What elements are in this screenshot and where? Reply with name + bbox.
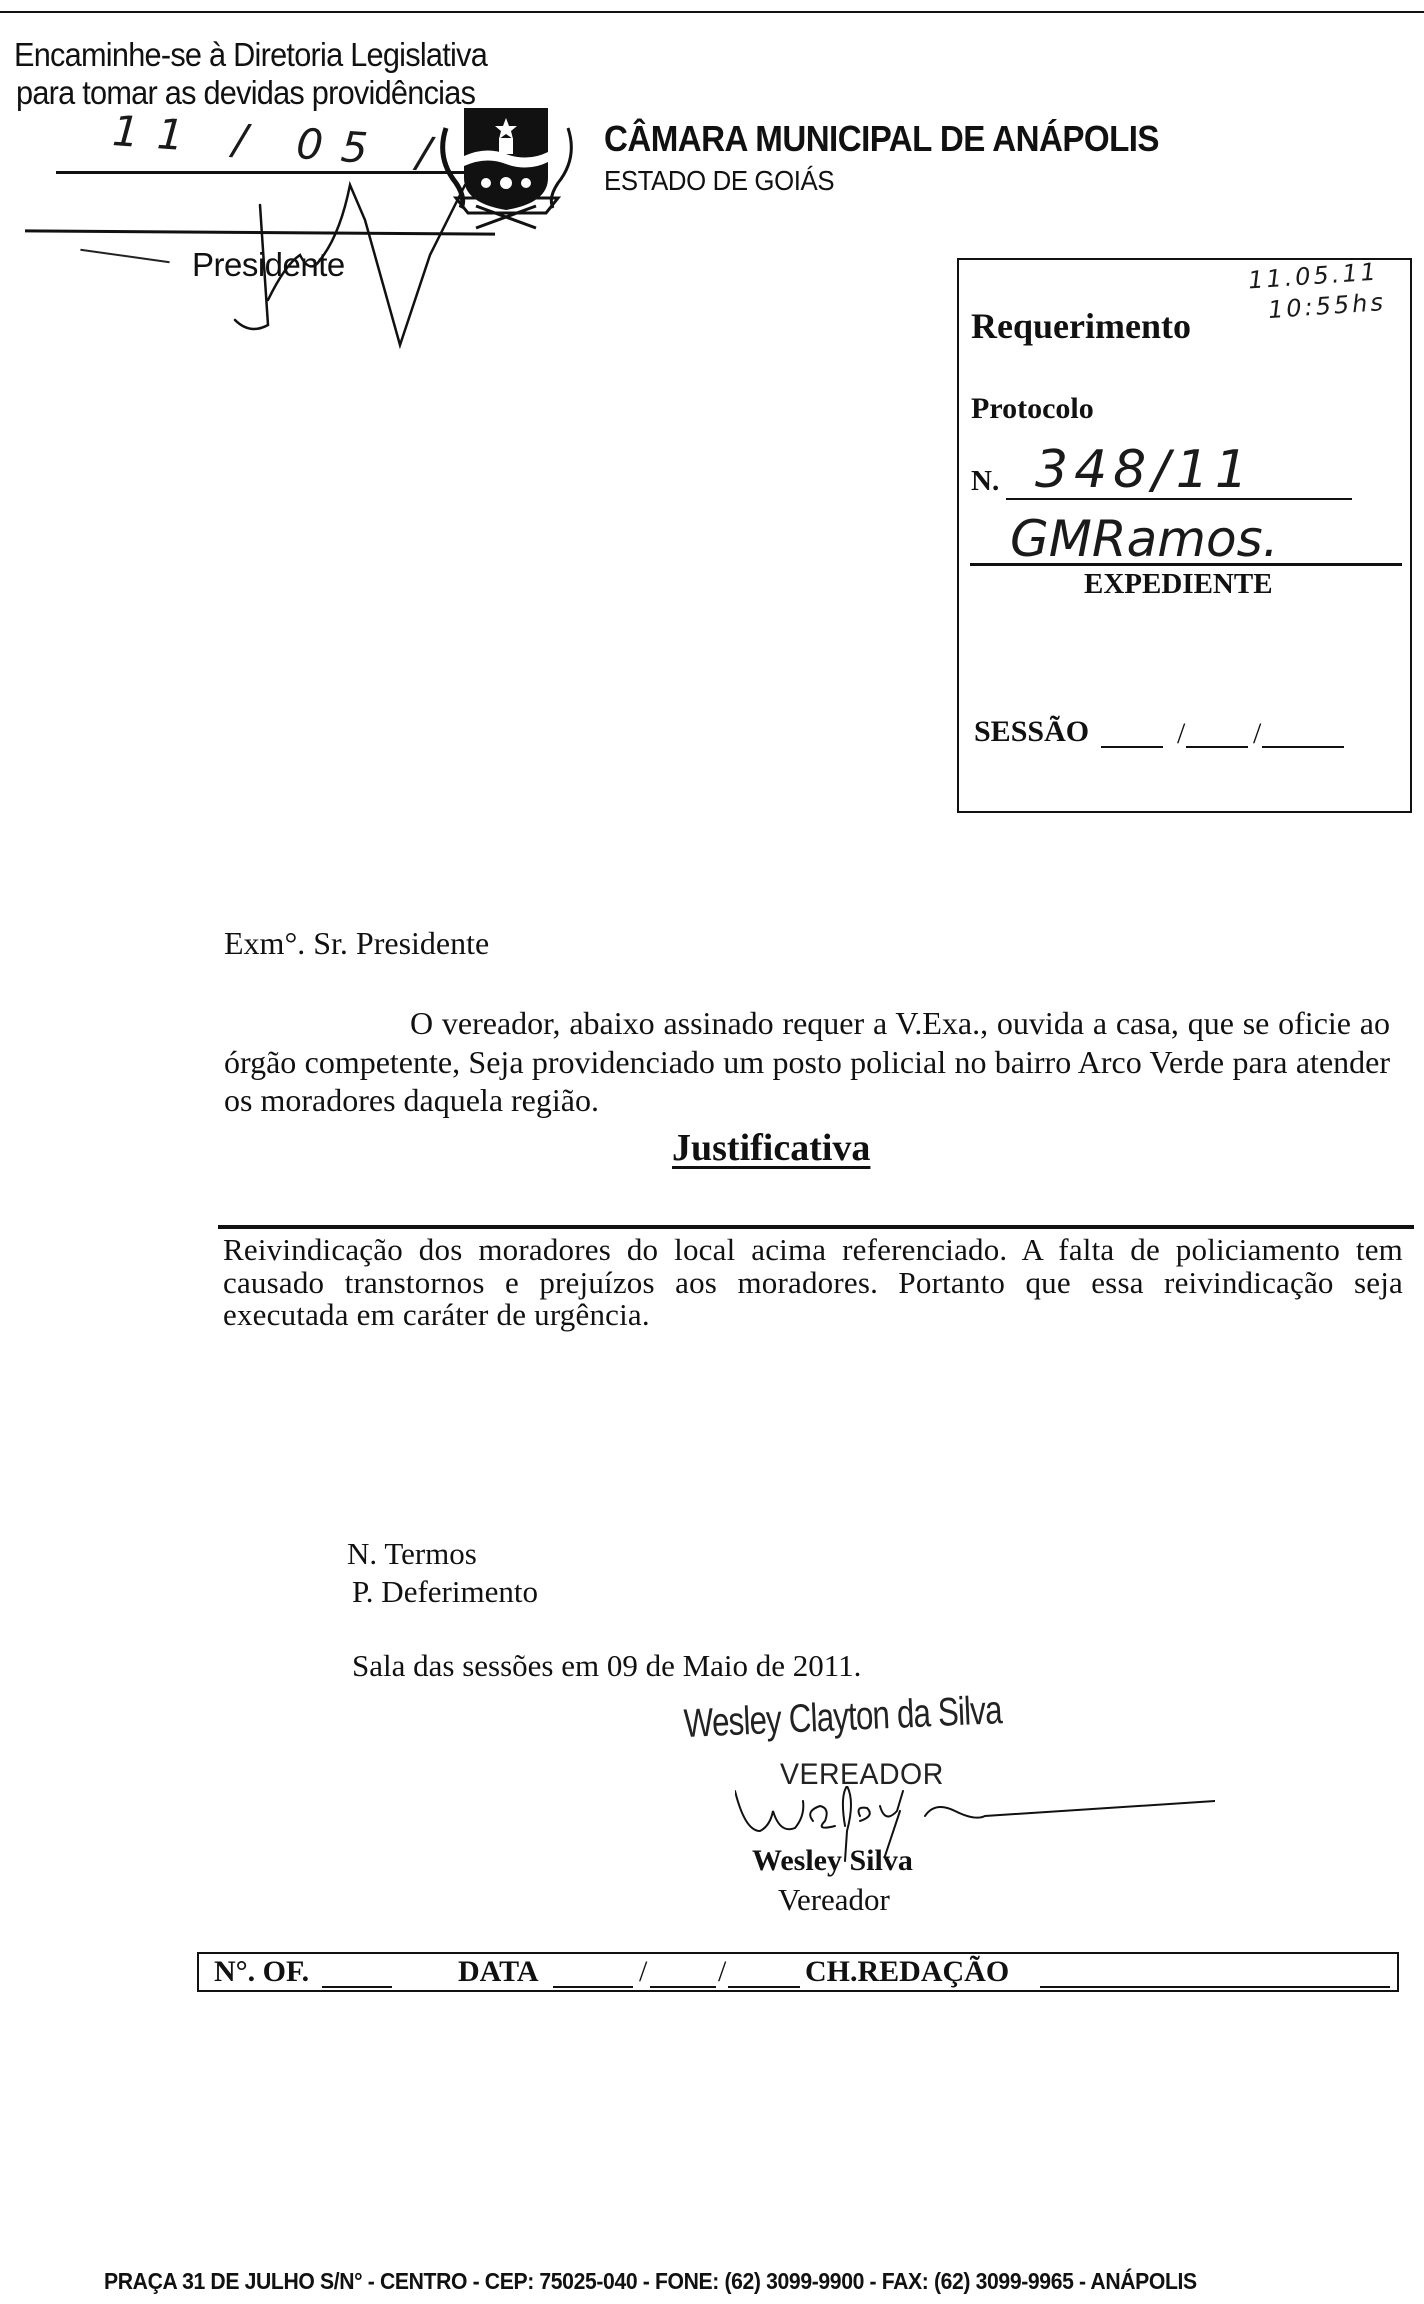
office-date-blank <box>553 1986 633 1988</box>
institution-name: CÂMARA MUNICIPAL DE ANÁPOLIS <box>604 118 1159 160</box>
dispatch-dash-mark <box>80 249 169 264</box>
document-type-title: Requerimento <box>971 305 1191 347</box>
office-date-blank <box>650 1986 716 1988</box>
office-drafting-label: CH.REDAÇÃO <box>805 1955 1009 1989</box>
session-label: SESSÃO <box>974 715 1089 749</box>
office-number-blank <box>322 1986 392 1988</box>
receiver-signature: GMRamos. <box>1010 510 1279 568</box>
signer-stamp-name: Wesley Clayton da Silva <box>683 1688 1003 1747</box>
salutation: Exm°. Sr. Presidente <box>224 925 489 962</box>
top-border-rule <box>0 11 1424 13</box>
session-separator: / <box>1253 717 1261 751</box>
session-month-blank <box>1186 746 1248 748</box>
coat-of-arms-icon <box>436 88 578 230</box>
dispatch-note-line-1: Encaminhe-se à Diretoria Legislativa <box>14 36 487 74</box>
office-date-separator: / <box>718 1955 726 1989</box>
request-paragraph: O vereador, abaixo assinado requer a V.E… <box>224 1004 1390 1120</box>
expedient-line <box>970 563 1402 566</box>
session-year-blank <box>1262 746 1344 748</box>
session-separator: / <box>1177 717 1185 751</box>
justification-rule <box>218 1225 1414 1229</box>
protocol-label: Protocolo <box>971 392 1094 426</box>
protocol-number-label: N. <box>971 465 999 498</box>
justification-paragraph: Reivindicação dos moradores do local aci… <box>223 1234 1403 1332</box>
dispatch-note-line-2: para tomar as devidas providências <box>16 74 475 112</box>
request-text: O vereador, abaixo assinado requer a V.E… <box>224 1005 1390 1118</box>
office-date-separator: / <box>639 1955 647 1989</box>
footer-address: PRAÇA 31 DE JULHO S/N° - CENTRO - CEP: 7… <box>104 2268 1197 2295</box>
session-day-blank <box>1101 746 1163 748</box>
justification-title: Justificativa <box>672 1126 870 1170</box>
closing-terms: N. Termos <box>347 1536 477 1572</box>
signer-name: Wesley Silva <box>752 1844 913 1878</box>
expedient-label: EXPEDIENTE <box>1084 568 1273 601</box>
office-drafting-blank <box>1040 1986 1390 1988</box>
signer-role: Vereador <box>778 1882 890 1918</box>
place-and-date: Sala das sessões em 09 de Maio de 2011. <box>352 1648 861 1684</box>
closing-deferment: P. Deferimento <box>352 1574 538 1610</box>
office-date-blank <box>728 1986 800 1988</box>
office-number-label: N°. OF. <box>214 1955 309 1989</box>
office-date-label: DATA <box>458 1955 539 1989</box>
institution-state: ESTADO DE GOIÁS <box>604 165 834 197</box>
protocol-number-value: 348/11 <box>1035 440 1254 500</box>
